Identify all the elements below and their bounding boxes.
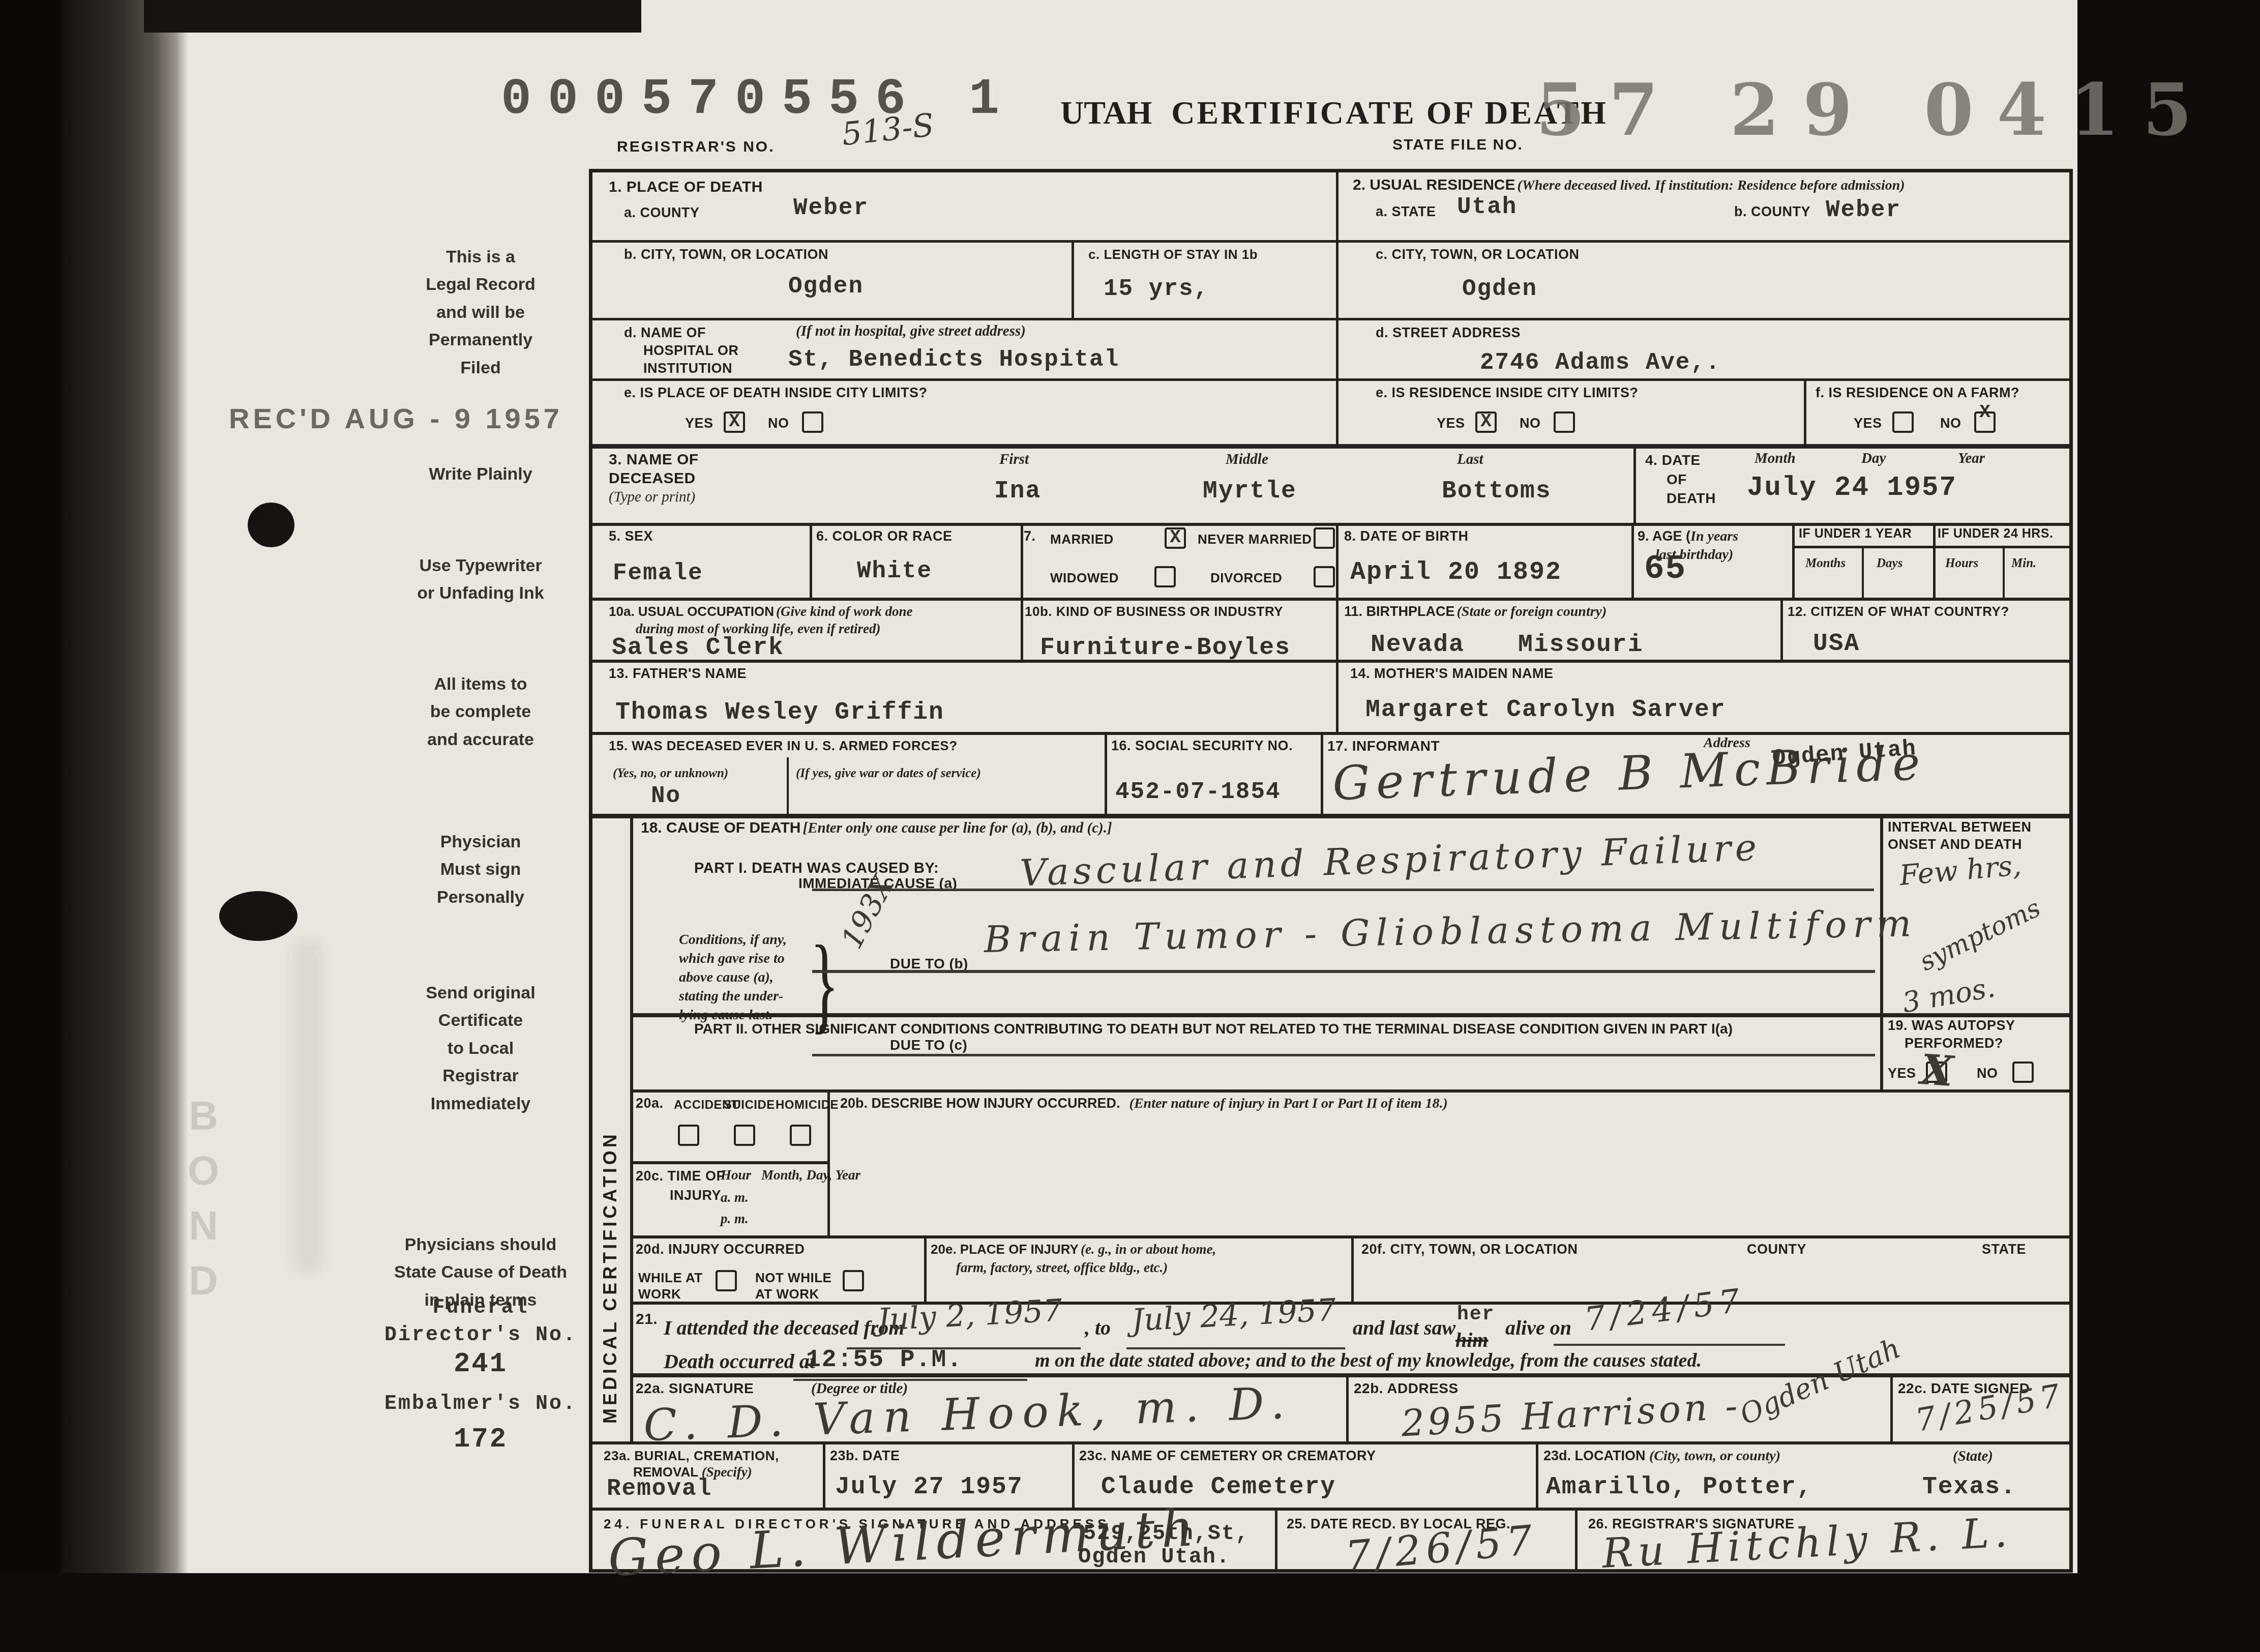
left-torn-edge	[61, 0, 188, 1652]
rule	[592, 1508, 2069, 1511]
field-23a-label1: 23a. BURIAL, CREMATION,	[604, 1448, 779, 1464]
rule	[1021, 523, 1023, 598]
field-21-label: 21.	[636, 1311, 658, 1328]
margin-line: Filed	[374, 354, 587, 381]
field-24-address1: 529,25th,St,	[1083, 1521, 1249, 1546]
field-2f-yes-checkbox	[1892, 411, 1914, 433]
rule	[1804, 378, 1806, 444]
field-2f-label: f. IS RESIDENCE ON A FARM?	[1816, 385, 2019, 401]
rule	[1862, 546, 1864, 598]
field-23a-value: Removal	[607, 1476, 712, 1502]
field-19-label1: 19. WAS AUTOPSY	[1888, 1018, 2015, 1034]
field-23d-state-header: (State)	[1953, 1448, 1993, 1465]
field-20a-label: 20a.	[636, 1096, 664, 1111]
field-23c-label: 23c. NAME OF CEMETERY OR CREMATORY	[1079, 1448, 1376, 1464]
field-18-cause-b-handwriting: Brain Tumor - Glioblastoma Multiform	[984, 902, 1917, 961]
scan-edge-bottom	[0, 1573, 2260, 1652]
field-20c-hour-header: Hour	[721, 1167, 751, 1183]
field-15-value: No	[651, 783, 681, 809]
margin-line: Director's No.	[364, 1322, 598, 1349]
margin-send-original: Send original Certificate to Local Regis…	[374, 979, 587, 1117]
field-7-never-married-checkbox	[1314, 527, 1335, 549]
field-3-last-value: Bottoms	[1442, 478, 1552, 505]
interval-header1: INTERVAL BETWEEN	[1888, 819, 2032, 835]
field-19-no-checkbox	[2012, 1061, 2034, 1083]
scan-edge-top	[144, 0, 641, 33]
margin-legal-record: This is a Legal Record and will be Perma…	[374, 243, 587, 381]
certificate-title: UTAH CERTIFICATE OF DEATH	[1060, 94, 1608, 132]
field-13-value: Thomas Wesley Griffin	[615, 699, 944, 726]
margin-line: and accurate	[374, 726, 587, 753]
margin-line: Must sign	[374, 855, 587, 883]
field-2a-value: Utah	[1457, 194, 1517, 220]
field-16-value: 452-07-1854	[1115, 779, 1281, 805]
funeral-director-no-value: 241	[364, 1349, 598, 1380]
field-18-label-group: 18. CAUSE OF DEATH [Enter only one cause…	[641, 819, 1112, 837]
field-7-divorced-label: DIVORCED	[1210, 570, 1282, 586]
rule	[1933, 523, 1936, 598]
cause-b-line	[812, 970, 1875, 973]
field-1d-label3: INSTITUTION	[643, 361, 732, 376]
field-1a-label: a. COUNTY	[624, 205, 700, 221]
field-9-hours-header: Hours	[1945, 556, 1978, 571]
field-20c-pm: p. m.	[721, 1211, 749, 1227]
field-1e-yes-checkbox: X	[724, 411, 745, 433]
margin-line: All items to	[374, 670, 587, 698]
field-9-label-group: 9. AGE (In years	[1638, 528, 1738, 545]
rule	[1072, 1441, 1075, 1508]
field-9-months-header: Months	[1805, 556, 1846, 571]
field-2d-value: 2746 Adams Ave,.	[1480, 349, 1721, 376]
field-18-conditions-note: Conditions, if any, which gave rise to a…	[679, 930, 787, 1024]
field-20a-suicide-label: SUICIDE	[724, 1098, 775, 1112]
field-1b-value: Ogden	[788, 273, 864, 300]
x-mark: X	[1477, 414, 1495, 430]
rule	[1336, 172, 1339, 444]
margin-line: Send original	[374, 979, 587, 1007]
field-20c-mdy-header: Month, Day, Year	[761, 1167, 860, 1183]
scan-edge-right	[2077, 0, 2260, 1652]
blank-line	[1554, 1344, 1785, 1346]
field-4-year-header: Year	[1958, 450, 1985, 467]
field-1e-no-label: NO	[768, 416, 789, 431]
field-20f-county-header: COUNTY	[1747, 1242, 1806, 1257]
field-11-note: (State or foreign country)	[1457, 604, 1607, 619]
rule	[1336, 523, 1339, 598]
field-20b-label: 20b. DESCRIBE HOW INJURY OCCURRED.	[840, 1096, 1120, 1111]
field-7-label: 7.	[1024, 528, 1036, 544]
rule	[2003, 546, 2005, 598]
rule	[1275, 1508, 1277, 1569]
certificate-form: MEDICAL CERTIFICATION 1. PLACE OF DEATH …	[589, 169, 2073, 1573]
field-20c-am: a. m.	[721, 1190, 749, 1205]
field-2f-no-label: NO	[1940, 416, 1961, 431]
rule	[1575, 1508, 1578, 1569]
rule	[1880, 814, 1883, 1089]
field-20d-notwhile1: NOT WHILE	[755, 1270, 831, 1286]
rule	[592, 318, 2069, 320]
field-2c-label: c. CITY, TOWN, OR LOCATION	[1376, 247, 1580, 262]
field-23d-value2: Texas.	[1922, 1473, 2016, 1501]
field-8-label: 8. DATE OF BIRTH	[1344, 528, 1469, 544]
field-19-yes-x-handwriting: X	[1919, 1045, 1955, 1096]
field-21-text2: , to	[1085, 1316, 1111, 1340]
field-1d-label2: HOSPITAL OR	[643, 343, 739, 359]
rule	[592, 523, 2069, 526]
field-3-note: (Type or print)	[609, 489, 695, 506]
field-21-him-struck: him	[1455, 1328, 1488, 1352]
field-23d-label-group: 23d. LOCATION (City, town, or county)	[1543, 1448, 1780, 1464]
state-file-no-label: STATE FILE NO.	[1392, 136, 1523, 154]
rule	[630, 1161, 827, 1164]
rule	[1631, 523, 1634, 598]
rule	[592, 814, 2069, 818]
field-1c-value: 15 yrs,	[1104, 276, 1209, 302]
x-mark: X	[1976, 404, 1994, 421]
field-20d-while1: WHILE AT	[638, 1270, 703, 1286]
field-10a-label-group: 10a. USUAL OCCUPATION (Give kind of work…	[609, 604, 913, 619]
field-2c-value: Ogden	[1462, 276, 1537, 302]
field-21-text5: Death occurred at	[664, 1349, 815, 1373]
field-9-under24-label: IF UNDER 24 HRS.	[1938, 526, 2053, 541]
field-9-under1yr-label: IF UNDER 1 YEAR	[1799, 526, 1912, 541]
field-2e-label: e. IS RESIDENCE INSIDE CITY LIMITS?	[1376, 385, 1639, 401]
field-2e-yes-checkbox: X	[1475, 411, 1497, 433]
margin-line: and will be	[374, 299, 587, 326]
field-15-note1: (Yes, no, or unknown)	[613, 766, 728, 781]
margin-line: Immediately	[374, 1090, 587, 1117]
field-18-due-c-label: DUE TO (c)	[890, 1037, 967, 1053]
field-3-middle-value: Myrtle	[1203, 478, 1297, 505]
field-20f-label: 20f. CITY, TOWN, OR LOCATION	[1361, 1242, 1578, 1257]
interval-a-handwriting: Few hrs,	[1898, 849, 2023, 892]
field-20d-notwhile-checkbox	[843, 1270, 864, 1291]
field-1d-label1: d. NAME OF	[624, 325, 706, 341]
rule	[787, 757, 789, 814]
field-1d-note: (If not in hospital, give street address…	[796, 323, 1026, 340]
field-3-last-header: Last	[1457, 451, 1483, 468]
field-7-never-married-label: NEVER MARRIED	[1198, 532, 1312, 547]
field-7-married-checkbox: X	[1165, 527, 1186, 549]
rule	[1633, 444, 1636, 523]
rule	[1021, 598, 1023, 660]
field-13-label: 13. FATHER'S NAME	[609, 666, 747, 682]
rule	[1351, 1235, 1354, 1302]
embalmer-no-value: 172	[364, 1424, 598, 1455]
field-20e-label-group: 20e. PLACE OF INJURY (e. g., in or about…	[931, 1242, 1216, 1257]
field-18-part2-label: PART II. OTHER SIGNIFICANT CONDITIONS CO…	[694, 1021, 1854, 1037]
field-2e-no-label: NO	[1520, 416, 1541, 431]
field-21-to-date-handwriting: July 24, 1957	[1131, 1292, 1336, 1339]
document-number-stamp: 000570556 1	[501, 71, 1016, 129]
rule	[592, 240, 2069, 243]
field-2a-label: a. STATE	[1376, 204, 1436, 220]
field-15-note2: (If yes, give war or dates of service)	[796, 766, 981, 781]
field-10b-label: 10b. KIND OF BUSINESS OR INDUSTRY	[1025, 604, 1283, 619]
field-3-middle-header: Middle	[1226, 451, 1268, 468]
field-20c-label1: 20c. TIME OF	[636, 1168, 725, 1184]
field-9-label: 9. AGE (	[1638, 528, 1690, 544]
registrars-no-label: REGISTRAR'S NO.	[617, 138, 775, 156]
field-5-value: Female	[613, 560, 703, 586]
field-21-last-seen-handwriting: 7/24/57	[1583, 1282, 1747, 1339]
field-16-label: 16. SOCIAL SECURITY NO.	[1111, 738, 1293, 754]
field-2f-yes-label: YES	[1854, 416, 1882, 431]
field-22b-address2-handwriting: Ogden Utah	[1735, 1332, 1905, 1431]
state-file-no-stamp: 57 29 0415	[1536, 69, 2216, 152]
field-21-text1: I attended the deceased from	[664, 1316, 904, 1340]
bond-watermark: BOND	[183, 1088, 224, 1308]
field-4-label2: OF	[1667, 471, 1687, 488]
field-2d-label: d. STREET ADDRESS	[1376, 325, 1521, 341]
field-11-value2: Missouri	[1518, 631, 1643, 659]
field-2f-no-checkbox: X	[1974, 411, 1996, 433]
field-2-label-group: 2. USUAL RESIDENCE (Where deceased lived…	[1353, 176, 1905, 194]
field-11-label: 11. BIRTHPLACE	[1344, 604, 1455, 619]
conditions-line: which gave rise to	[679, 949, 787, 968]
field-7-widowed-label: WIDOWED	[1050, 570, 1119, 586]
cause-c-line	[812, 1054, 1875, 1056]
field-2b-value: Weber	[1826, 197, 1901, 223]
x-mark: X	[726, 414, 743, 430]
rule	[630, 1235, 2069, 1238]
field-21-time-typed: 12:55 P.M.	[806, 1346, 963, 1374]
hole-punch-top	[248, 503, 294, 547]
field-1-label: 1. PLACE OF DEATH	[609, 179, 763, 196]
rule	[592, 378, 2069, 381]
scanned-death-certificate: BOND This is a Legal Record and will be …	[0, 0, 2260, 1652]
field-18-note: [Enter only one cause per line for (a), …	[803, 820, 1112, 836]
rule	[823, 1441, 825, 1508]
rule	[810, 523, 812, 598]
rule	[1105, 732, 1107, 814]
margin-line: Legal Record	[374, 271, 587, 298]
field-20d-label: 20d. INJURY OCCURRED	[636, 1242, 805, 1257]
field-7-widowed-checkbox	[1154, 566, 1176, 587]
field-19-yes-label: YES	[1888, 1066, 1916, 1081]
rule	[924, 1235, 927, 1302]
field-3-first-header: First	[999, 451, 1029, 468]
field-4-day-header: Day	[1861, 450, 1886, 467]
rule	[1336, 660, 1339, 732]
field-21-text4: alive on	[1505, 1316, 1571, 1340]
field-14-value: Margaret Carolyn Sarver	[1365, 696, 1726, 724]
field-20a-suicide-checkbox	[734, 1125, 755, 1146]
margin-line: Certificate	[374, 1007, 587, 1034]
field-21-her-typed: her	[1457, 1304, 1495, 1325]
field-20a-homicide-label: HOMICIDE	[776, 1098, 839, 1112]
field-20e-note1: (e. g., in or about home,	[1081, 1242, 1216, 1257]
field-23c-value: Claude Cemetery	[1101, 1473, 1336, 1501]
margin-line: Funeral	[364, 1294, 598, 1322]
field-7-divorced-checkbox	[1314, 566, 1335, 587]
rule	[1346, 1373, 1349, 1441]
margin-line: Permanently	[374, 326, 587, 353]
field-17-address-label: Address	[1704, 735, 1750, 751]
field-12-label: 12. CITIZEN OF WHAT COUNTRY?	[1788, 604, 2009, 619]
rule	[592, 732, 2069, 735]
margin-line: This is a	[374, 243, 587, 271]
field-6-label: 6. COLOR OR RACE	[816, 528, 953, 544]
field-1d-value: St, Benedicts Hospital	[788, 346, 1119, 373]
field-19-no-label: NO	[1977, 1066, 1998, 1081]
rule	[1780, 598, 1783, 660]
field-6-value: White	[857, 558, 932, 584]
field-3-label1: 3. NAME OF	[609, 451, 699, 468]
field-8-value: April 20 1892	[1350, 558, 1562, 587]
field-4-month-header: Month	[1755, 450, 1796, 467]
rule	[1792, 523, 1795, 598]
interval-b2-handwriting: 3 mos.	[1900, 971, 1998, 1019]
margin-line: to Local	[374, 1035, 587, 1062]
field-22a-label: 22a. SIGNATURE	[636, 1380, 754, 1397]
margin-use-typewriter: Use Typewriter or Unfading Ink	[374, 552, 587, 607]
margin-line: Use Typewriter	[374, 552, 587, 579]
field-21-from-date-handwriting: July 2, 1957	[876, 1293, 1063, 1338]
field-9-value: 65	[1644, 550, 1686, 588]
rule	[630, 814, 633, 1441]
field-20d-notwhile2: AT WORK	[755, 1286, 819, 1302]
hole-punch-bottom	[219, 891, 298, 941]
field-20e-note2: farm, factory, street, office bldg., etc…	[956, 1260, 1168, 1276]
rule	[1336, 598, 1339, 660]
margin-line: or Unfading Ink	[374, 579, 587, 607]
field-1e-no-checkbox	[802, 411, 823, 433]
field-23b-label: 23b. DATE	[830, 1448, 900, 1464]
rule	[1890, 1373, 1893, 1441]
rule	[592, 598, 2069, 601]
conditions-line: Conditions, if any,	[679, 930, 787, 949]
margin-line: Personally	[374, 883, 587, 911]
field-2e-yes-label: YES	[1437, 416, 1465, 431]
field-20f-state-header: STATE	[1982, 1242, 2026, 1257]
margin-physician-sign: Physician Must sign Personally	[374, 828, 587, 911]
margin-write-plainly: Write Plainly	[374, 460, 587, 488]
field-23b-value: July 27 1957	[835, 1473, 1023, 1501]
field-9-note1: In years	[1690, 528, 1738, 544]
received-date-stamp: REC'D AUG - 9 1957	[229, 402, 563, 435]
field-17-label: 17. INFORMANT	[1327, 738, 1440, 754]
field-10b-value: Furniture-Boyles	[1040, 634, 1291, 662]
interval-b1-handwriting: symptoms	[1915, 893, 2045, 977]
field-4-label3: DEATH	[1667, 490, 1716, 507]
field-20b-note: (Enter nature of injury in Part I or Par…	[1129, 1096, 1448, 1111]
margin-line: Registrar	[374, 1062, 587, 1089]
rule	[1072, 240, 1074, 318]
field-20b-label-group: 20b. DESCRIBE HOW INJURY OCCURRED. (Ente…	[840, 1096, 1448, 1112]
field-21-text6: m on the date stated above; and to the b…	[1035, 1349, 1702, 1372]
field-5-label: 5. SEX	[609, 528, 653, 544]
field-2-note: (Where deceased lived. If institution: R…	[1518, 178, 1905, 193]
field-11-label-group: 11. BIRTHPLACE (State or foreign country…	[1344, 604, 1607, 620]
field-12-value: USA	[1813, 630, 1860, 658]
field-10a-value: Sales Clerk	[612, 634, 784, 662]
field-20d-while-checkbox	[716, 1270, 737, 1291]
embalmer-no-label: Embalmer's No.	[364, 1393, 598, 1415]
field-10a-label: 10a. USUAL OCCUPATION	[609, 604, 774, 619]
field-15-label: 15. WAS DECEASED EVER IN U. S. ARMED FOR…	[609, 738, 958, 754]
field-18-part1-label: PART I. DEATH WAS CAUSED BY:	[694, 860, 939, 877]
field-3-label2: DECEASED	[609, 470, 696, 487]
field-22b-label: 22b. ADDRESS	[1354, 1380, 1459, 1397]
field-20a-accident-checkbox	[678, 1125, 699, 1146]
field-1c-label: c. LENGTH OF STAY IN 1b	[1088, 247, 1258, 262]
field-24-address2: Ogden Utah.	[1078, 1545, 1230, 1569]
field-23d-value1: Amarillo, Potter,	[1546, 1473, 1812, 1501]
field-7-married-label: MARRIED	[1050, 532, 1114, 547]
rule	[1321, 732, 1323, 814]
rule	[592, 444, 2069, 449]
field-23d-label: 23d. LOCATION	[1543, 1448, 1649, 1463]
rule	[630, 1013, 2069, 1017]
funeral-director-no-label: Funeral Director's No.	[364, 1294, 598, 1349]
x-mark: X	[1167, 529, 1184, 546]
field-20a-homicide-checkbox	[790, 1125, 811, 1146]
field-4-value: July 24 1957	[1747, 473, 1957, 504]
rule	[630, 1302, 2069, 1305]
margin-line: State Cause of Death	[359, 1258, 603, 1286]
field-14-label: 14. MOTHER'S MAIDEN NAME	[1350, 666, 1553, 682]
field-4-label1: 4. DATE	[1645, 452, 1701, 468]
margin-line: Physician	[374, 828, 587, 855]
field-1b-label: b. CITY, TOWN, OR LOCATION	[624, 247, 828, 262]
margin-line: be complete	[374, 698, 587, 725]
scan-edge-left	[0, 0, 61, 1652]
field-1a-value: Weber	[793, 195, 869, 221]
faint-watermark	[292, 941, 323, 1272]
rule	[592, 660, 2069, 663]
field-11-value1: Nevada	[1371, 631, 1465, 659]
field-18-label: 18. CAUSE OF DEATH	[641, 819, 801, 836]
field-20d-while2: WORK	[638, 1286, 681, 1302]
field-3-first-value: Ina	[994, 478, 1041, 505]
field-23d-note: (City, town, or county)	[1649, 1448, 1780, 1464]
field-9-min-header: Min.	[2011, 556, 2036, 571]
field-20c-label2: INJURY	[670, 1188, 721, 1203]
margin-all-items: All items to be complete and accurate	[374, 670, 587, 753]
field-1e-label: e. IS PLACE OF DEATH INSIDE CITY LIMITS?	[624, 385, 928, 401]
field-20e-label: 20e. PLACE OF INJURY	[931, 1242, 1079, 1257]
conditions-line: above cause (a),	[679, 968, 787, 987]
field-21-text3: and last saw	[1353, 1316, 1455, 1340]
rule	[1792, 546, 2069, 548]
field-2b-label: b. COUNTY	[1734, 204, 1810, 220]
conditions-line: stating the under-	[679, 987, 787, 1006]
medical-certification-vertical-label: MEDICAL CERTIFICATION	[600, 834, 621, 1424]
field-18-cause-a-handwriting: Vascular and Respiratory Failure	[1019, 826, 1761, 895]
field-2-label: 2. USUAL RESIDENCE	[1353, 176, 1515, 193]
field-1e-yes-label: YES	[685, 416, 713, 431]
title-state: UTAH	[1060, 95, 1152, 131]
field-2e-no-checkbox	[1554, 411, 1575, 433]
field-10a-note1: (Give kind of work done	[776, 604, 912, 619]
rule	[1536, 1441, 1538, 1508]
rule	[630, 1089, 2069, 1093]
field-9-days-header: Days	[1877, 556, 1902, 571]
cause-a-line	[812, 889, 1874, 891]
margin-line: Physicians should	[359, 1231, 603, 1258]
